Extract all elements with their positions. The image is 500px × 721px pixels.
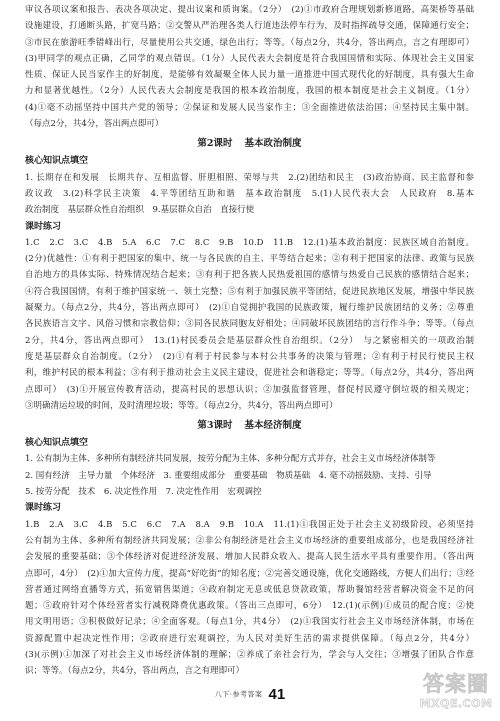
text-line: 1. 长期存在和发展 长期共存、互相监督、肝胆相照、荣辱与共 2.(2)团结和民… xyxy=(25,170,474,186)
text-line: 1. 公有制为主体、多种所有制经济共同发展，按劳分配为主体、多种分配方式并存，社… xyxy=(25,451,474,467)
lesson-title: 基本政治制度 xyxy=(245,135,302,152)
practice-heading: 课时练习 xyxy=(25,219,474,235)
text-line: ④符合我国国情，有利于维护国家统一、领土完整；⑤有利于加强民族平等团结，促进民族… xyxy=(25,284,474,300)
lesson-number: 第2课时 xyxy=(197,135,232,152)
lesson-heading: 第2课时基本政治制度 xyxy=(25,135,474,152)
text-line: 识；等等。（每点2分，共4分，答出两点，言之有理即可） xyxy=(25,663,474,679)
text-line: 力和显著优越性。（2分）人民代表大会制度是我国的根本政治制度，我国的根本制度是社… xyxy=(25,83,474,99)
practice-heading: 课时练习 xyxy=(25,500,474,516)
text-line: 营者通过网络直播等方式，拓宽销售渠道；④政府制定无息或低息贷款政策，帮助餐馆经营… xyxy=(25,582,474,598)
text-line: 1.C 2.C 3.C 4.B 5.A 6.C 7.C 8.C 9.B 10.D… xyxy=(25,235,474,251)
text-line: 度是基层群众自治制度。（2分） (2)①有利于村民参与本村公共事务的决策与管理；… xyxy=(25,349,474,365)
text-line: 各民族语言文字、风俗习惯和宗教信仰；③同各民族同胞友好相处；④同破坏民族团结的言… xyxy=(25,316,474,332)
text-line: 利，维护村民的根本利益；③有利于推动社会主义民主建设，促进社会和谐稳定；等等。（… xyxy=(25,365,474,381)
page-content: 审议各项议案和报告、表决各项决定、提出议案和质询案。（2分） (2)①市政府合理… xyxy=(25,2,474,680)
text-line: 5. 按劳分配 技术 6. 决定性作用 7. 决定性作用 宏观调控 xyxy=(25,484,474,500)
page-number: 41 xyxy=(269,686,286,703)
text-line: 点即可） (3)①开展宣传教育活动，提高村民的思想认识；②加强监督管理，督促村民… xyxy=(25,382,474,398)
lesson-title: 基本经济制度 xyxy=(245,417,302,434)
text-line: 2. 国有经济 主导力量 个体经济 3. 重要组成部分 重要基础 物质基础 4.… xyxy=(25,468,474,484)
text-line: 凝聚力。（每点2分，共4分，答出两点即可） (2)①自觉拥护我国的民族政策，履行… xyxy=(25,300,474,316)
text-line: 公有制为主体、多种所有制经济共同发展；②非公有制经济是社会主义市场经济的重要组成… xyxy=(25,533,474,549)
lesson-heading: 第3课时基本经济制度 xyxy=(25,417,474,434)
text-line: 1.B 2.A 3.C 4.B 5.C 6.C 7.A 8.A 9.B 10.A… xyxy=(25,517,474,533)
text-line: 资源配置中起决定性作用；②政府进行宏观调控，为人民对美好生活的需求提供保障。（每… xyxy=(25,631,474,647)
text-line: (3)(示例)①加深了对社会主义市场经济体制的理解；②养成了亲社会行为，学会与人… xyxy=(25,647,474,663)
footer-label: 八下·参考答案 xyxy=(215,691,263,699)
text-line: 政治制度 基层群众性自治组织 9.基层群众自治 直接行使 xyxy=(25,202,474,218)
core-knowledge-heading: 核心知识点填空 xyxy=(25,435,474,451)
text-line: （每点2分，共4分，答出两点即可） xyxy=(25,116,474,132)
watermark-site: MXQE.COM xyxy=(414,698,498,709)
text-line: 题；⑤政府针对个体经营者实行减税降费优惠政策。（答出三点即可，6分） 12.(1… xyxy=(25,598,474,614)
watermark-logo: 答案圈 MXQE.COM xyxy=(414,674,498,709)
text-line: 2分，共4分，答出两点即可） 13.(1)村民委员会是基层群众性自治组织。（2分… xyxy=(25,333,474,349)
text-line: 会发展的重要基础；③个体经济对促进经济发展、增加人民群众收入、提高人民生活水平具… xyxy=(25,549,474,565)
lesson-2-section: 第2课时基本政治制度 核心知识点填空 1. 长期存在和发展 长期共存、互相监督、… xyxy=(25,135,474,414)
answer-key-page: 审议各项议案和报告、表决各项决定、提出议案和质询案。（2分） (2)①市政府合理… xyxy=(0,0,500,721)
continuation-block: 审议各项议案和报告、表决各项决定、提出议案和质询案。（2分） (2)①市政府合理… xyxy=(25,2,474,132)
lesson-number: 第3课时 xyxy=(197,417,232,434)
text-line: ③市民在旅游旺季错峰出行，尽量使用公共交通，绿色出行；等等。（每点2分，共4分，… xyxy=(25,35,474,51)
text-line: 点即可，4分） (2)①加大宣传力度，提高“好吃街”的知名度；②完善交通设施，优… xyxy=(25,566,474,582)
text-line: 用文明用语；③积极做好记录；④全面客观。（每点1分，共4分） (2)①我国实行社… xyxy=(25,614,474,630)
text-line: 自治地方的具体实际、特殊情况结合起来；③有利于把各族人民热爱祖国的感情与热爱自己… xyxy=(25,267,474,283)
text-line: (2分)优越性：①有利于把国家的集中、统一与各民族的自主、平等结合起来；②有利于… xyxy=(25,251,474,267)
watermark-text: 答案圈 xyxy=(414,674,498,695)
text-line: 政议政 3.(2)科学民主决策 4.平等团结互助和谐 基本政治制度 5.(1)人… xyxy=(25,186,474,202)
text-line: (3)甲同学的观点正确，乙同学的观点错误。（1分）人民代表大会制度是符合我国国情… xyxy=(25,51,474,67)
text-line: 审议各项议案和报告、表决各项决定、提出议案和质询案。（2分） (2)①市政府合理… xyxy=(25,2,474,18)
core-knowledge-heading: 核心知识点填空 xyxy=(25,153,474,169)
text-line: 性质、保证人民当家作主的好制度，是能够有效凝聚全体人民力量一道推进中国式现代化的… xyxy=(25,67,474,83)
text-line: (4)①毫不动摇坚持中国共产党的领导；②保证和发展人民当家作主；③全面推进依法治… xyxy=(25,100,474,116)
lesson-3-section: 第3课时基本经济制度 核心知识点填空 1. 公有制为主体、多种所有制经济共同发展… xyxy=(25,417,474,679)
text-line: ③明确清运垃圾的时间，及时清理垃圾；等等。（每点2分，共4分，答出两点即可） xyxy=(25,398,474,414)
text-line: 设施建设，打通断头路，扩宽马路；②交警从严治理各类人行道违法停车行为，及时指挥疏… xyxy=(25,18,474,34)
